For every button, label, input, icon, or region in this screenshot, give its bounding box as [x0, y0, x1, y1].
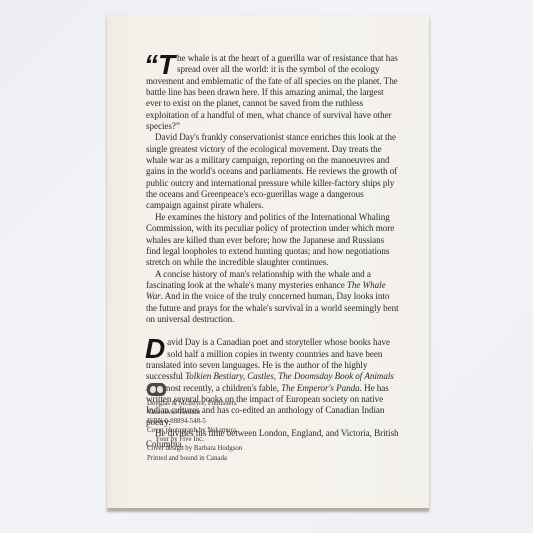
blurb-paragraph-quote: “The whale is at the heart of a guerilla… [146, 53, 400, 132]
quote-dropcap: “T [144, 54, 175, 75]
quote-text: he whale is at the heart of a guerilla w… [146, 53, 398, 131]
blurb-paragraph: He examines the history and politics of … [146, 212, 400, 269]
publisher-logo-icon [147, 383, 166, 396]
isbn: ISBN 0-88894-548-5 [147, 417, 242, 426]
photo-credit: Cover photograph by Nakamura, [147, 426, 242, 435]
design-credit: Cover design by Barbara Hodgson [147, 444, 242, 453]
publisher-info: Douglas & McIntyre, Publishers Vancouver… [147, 383, 242, 463]
book-titles: Tolkien Bestiary, Castles, The Doomsday … [185, 371, 394, 381]
book-back-cover: “The whale is at the heart of a guerilla… [107, 15, 429, 509]
photo-credit-agency: Four by Five Inc. [147, 435, 242, 444]
bio-dropcap: D [145, 338, 165, 359]
publisher-name: Douglas & McIntyre, Publishers [147, 399, 242, 408]
printed-in: Printed and bound in Canada [147, 454, 242, 463]
text: . And in the voice of the truly concerne… [146, 291, 399, 324]
blurb-paragraph: A concise history of man's relationship … [146, 269, 400, 326]
publisher-city: Vancouver/Toronto [147, 408, 242, 417]
blurb: “The whale is at the heart of a guerilla… [146, 53, 400, 325]
book-title: The Emperor's Panda [281, 383, 359, 393]
blurb-paragraph: David Day's frankly conservationist stan… [146, 132, 400, 211]
text: A concise history of man's relationship … [146, 269, 371, 290]
